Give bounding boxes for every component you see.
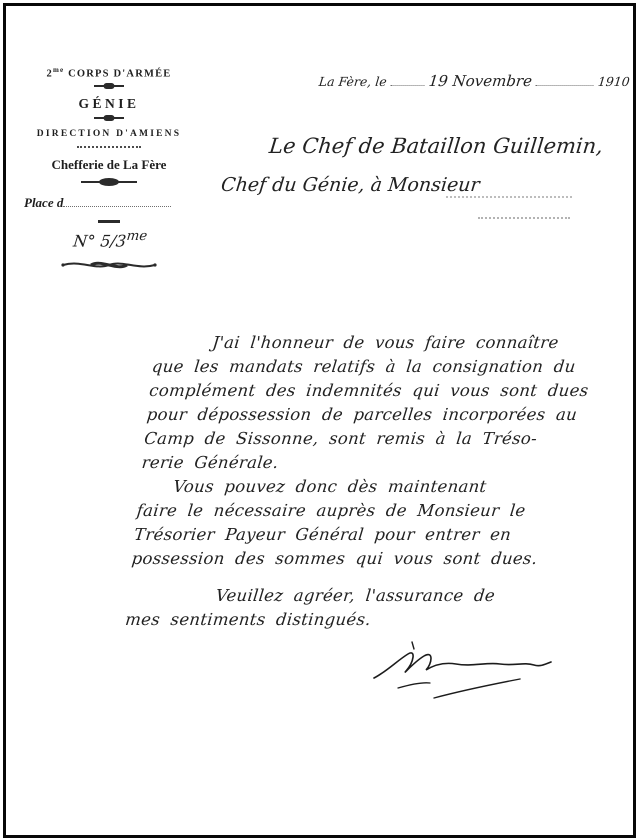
direction-line: DIRECTION D'AMIENS [20,129,198,139]
blank-dotted-line [63,196,171,207]
numero-value: 5/3 [94,231,127,250]
numero-label: N° [72,231,96,250]
body-line: Camp de Sissonne, sont remis à la Tréso- [143,427,598,451]
body-line: pour dépossession de parcelles incorporé… [146,403,601,427]
dotted-rule [390,74,425,86]
date-place: La Fère, le [318,74,387,89]
body-line: que les mandats relatifs à la consignati… [151,355,606,379]
ornament-divider [81,181,137,183]
genie-title: GÉNIE [20,96,198,112]
faded-dotted-line [446,196,572,198]
body-line: possession des sommes qui vous sont dues… [130,547,585,571]
numero-superscript: me [126,229,148,244]
addressee-line: Chef du Génie, à Monsieur [220,174,481,196]
body-line: rerie Générale. [141,451,596,475]
closing-line: mes sentiments distingués. [124,608,579,632]
corps-text: CORPS D'ARMÉE [64,69,171,80]
ornament-divider [94,85,124,87]
closing-line: Veuillez agréer, l'assurance de [127,584,582,608]
sender-title-line: Le Chef de Bataillon Guillemin, [268,134,604,158]
letterhead: 2me CORPS D'ARMÉE GÉNIE DIRECTION D'AMIE… [20,66,198,272]
chefferie-line: Chefferie de La Fère [20,157,198,173]
corps-line: 2me CORPS D'ARMÉE [20,66,198,80]
ornament-divider [94,117,124,119]
date-day-month: 19 Novembre [428,72,533,90]
date-year: 1910 [597,74,630,89]
scanned-letter: 2me CORPS D'ARMÉE GÉNIE DIRECTION D'AMIE… [0,0,640,840]
date-line: La Fère, le 19 Novembre 1910 [318,72,620,90]
flourish-ornament-icon [61,258,157,272]
body-line: Vous pouvez donc dès maintenant [138,475,593,499]
body-line: Trésorier Payeur Général pour entrer en [133,523,588,547]
dotted-divider [77,146,141,148]
corps-superscript: me [53,66,64,74]
letter-body: J'ai l'honneur de vous faire connaître q… [124,331,608,632]
signature-scrawl [368,638,578,704]
dotted-rule [535,74,594,86]
body-line: faire le nécessaire auprès de Monsieur l… [135,499,590,523]
numero-line: N° 5/3me [20,229,200,250]
faded-dotted-line [478,217,570,219]
body-line: complément des indemnités qui vous sont … [148,379,603,403]
place-line: Place d [20,195,198,211]
ornament-divider [98,220,120,223]
body-line: J'ai l'honneur de vous faire connaître [153,331,608,355]
place-label: Place d [24,195,63,210]
